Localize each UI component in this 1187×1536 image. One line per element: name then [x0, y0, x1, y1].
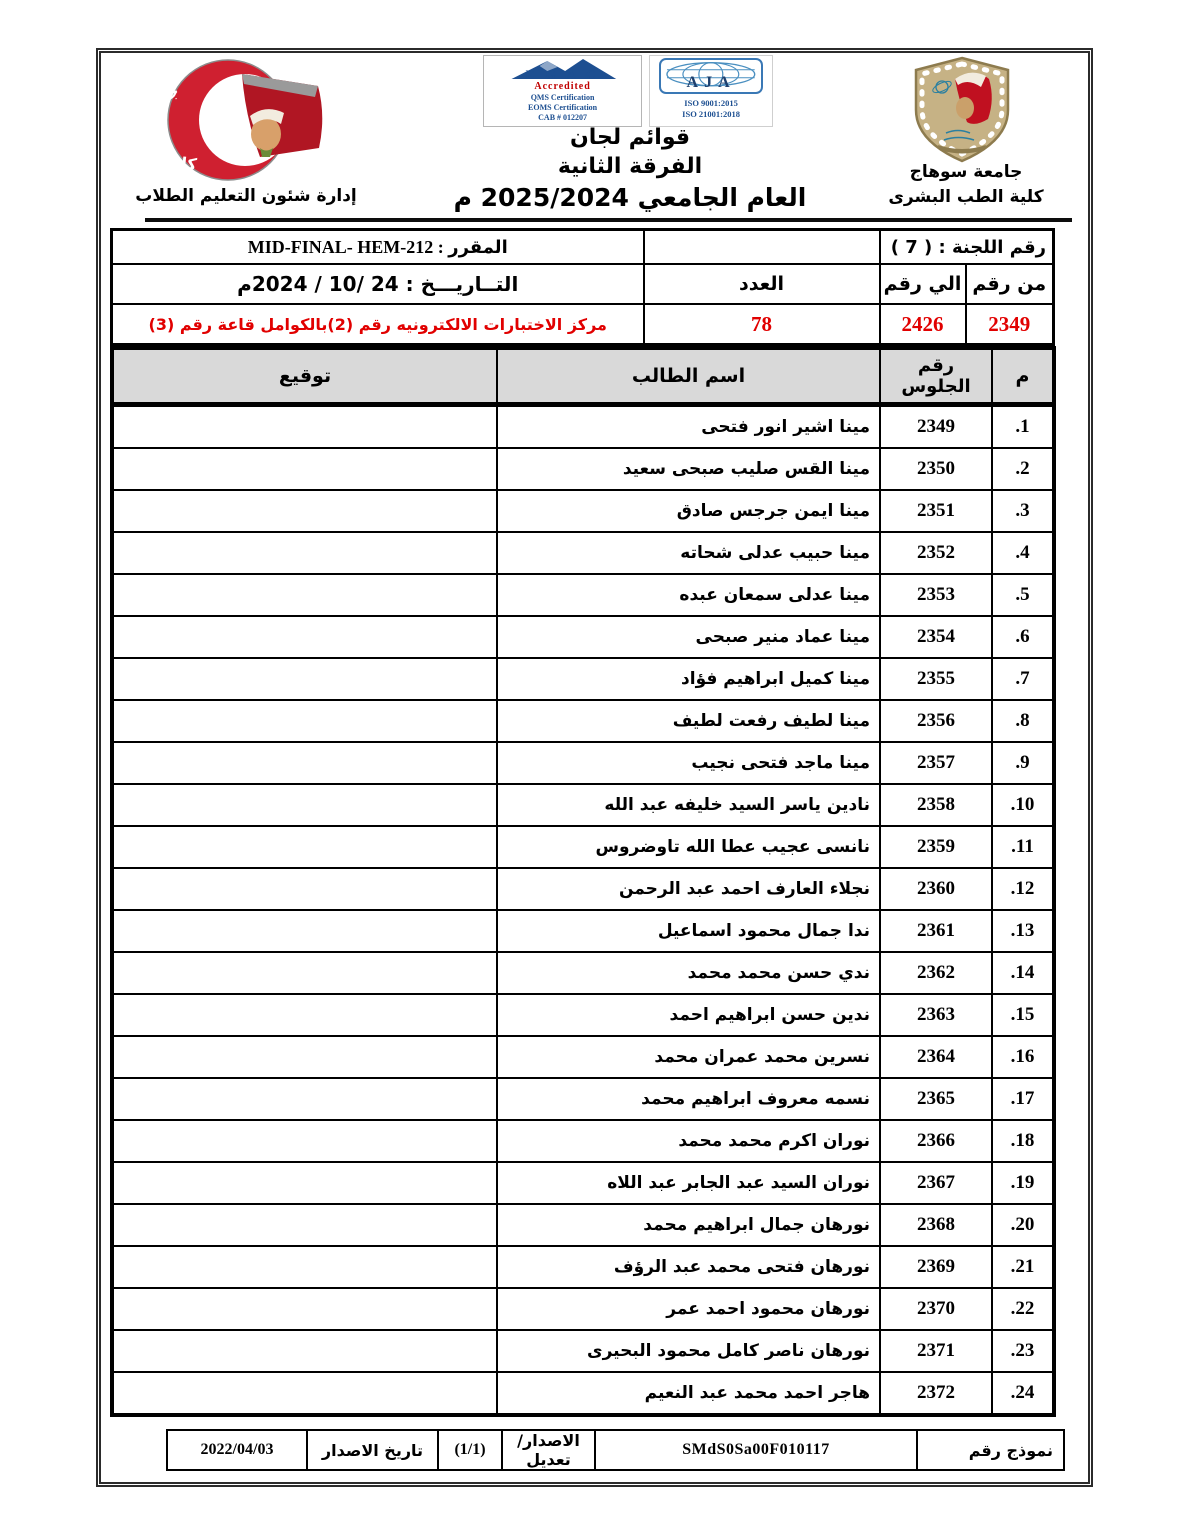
column-header-seat-number: رقم الجلوس: [880, 348, 992, 405]
student-name: نجلاء العارف احمد عبد الرحمن: [497, 868, 880, 910]
table-row: 7. 2355 مينا كميل ابراهيم فؤاد: [112, 658, 1054, 700]
table-row: 21. 2369 نورهان فتحى محمد عبد الرؤف: [112, 1246, 1054, 1288]
student-name: نورهان ناصر كامل محمود البحيرى: [497, 1330, 880, 1372]
student-name: نوران اكرم محمد محمد: [497, 1120, 880, 1162]
exam-location: مركز الاختبارات الالكترونيه رقم (2)بالكو…: [112, 304, 644, 345]
table-row: 23. 2371 نورهان ناصر كامل محمود البحيرى: [112, 1330, 1054, 1372]
university-caption: جامعة سوهاج كلية الطب البشرى: [870, 160, 1062, 210]
revision-value: (1/1): [438, 1430, 502, 1470]
table-row: 13. 2361 ندا جمال محمود اسماعيل: [112, 910, 1054, 952]
table-row: 24. 2372 هاجر احمد محمد عبد النعيم: [112, 1372, 1054, 1415]
student-name: مينا ايمن جرجس صادق: [497, 490, 880, 532]
row-index: 4.: [992, 532, 1054, 574]
column-header-index: م: [992, 348, 1054, 405]
aja-word: AJA: [661, 74, 761, 92]
student-name: نسمه معروف ابراهيم محمد: [497, 1078, 880, 1120]
header-divider: [145, 218, 1072, 222]
signature-cell: [112, 1372, 497, 1415]
seat-number: 2349: [880, 405, 992, 449]
student-name: ندي حسن محمد محمد: [497, 952, 880, 994]
egac-logo: E G A C Accredited QMS Certification EOM…: [483, 55, 642, 127]
student-name: مينا لطيف رفعت لطيف: [497, 700, 880, 742]
count-label: العدد: [644, 264, 880, 304]
sohag-university-shield-logo: [908, 55, 1016, 163]
signature-cell: [112, 448, 497, 490]
egac-line-1: QMS Certification: [528, 93, 597, 103]
row-index: 13.: [992, 910, 1054, 952]
table-row: 20. 2368 نورهان جمال ابراهيم محمد: [112, 1204, 1054, 1246]
table-row: 16. 2364 نسرين محمد عمران محمد: [112, 1036, 1054, 1078]
table-row: 2. 2350 مينا القس صليب صبحى سعيد: [112, 448, 1054, 490]
row-index: 11.: [992, 826, 1054, 868]
from-number-label: من رقم: [966, 264, 1054, 304]
aja-logo: AJA ISO 9001:2015 ISO 21001:2018: [649, 55, 773, 127]
seat-number: 2365: [880, 1078, 992, 1120]
form-number-label: نموذج رقم: [917, 1430, 1064, 1470]
seat-number: 2352: [880, 532, 992, 574]
row-index: 24.: [992, 1372, 1054, 1415]
student-name: نادين ياسر السيد خليفه عبد الله: [497, 784, 880, 826]
row-index: 23.: [992, 1330, 1054, 1372]
table-row: 1. 2349 مينا اشير انور فتحى: [112, 405, 1054, 449]
signature-cell: [112, 700, 497, 742]
count-value: 78: [644, 304, 880, 345]
row-index: 14.: [992, 952, 1054, 994]
university-name: جامعة سوهاج: [870, 160, 1062, 185]
seat-number: 2362: [880, 952, 992, 994]
signature-cell: [112, 405, 497, 449]
seat-number: 2360: [880, 868, 992, 910]
signature-cell: [112, 1036, 497, 1078]
row-index: 1.: [992, 405, 1054, 449]
signature-cell: [112, 1162, 497, 1204]
seat-number: 2359: [880, 826, 992, 868]
signature-cell: [112, 1078, 497, 1120]
table-row: 5. 2353 مينا عدلى سمعان عبده: [112, 574, 1054, 616]
egac-line-2: EOMS Certification: [528, 103, 597, 113]
seat-number: 2364: [880, 1036, 992, 1078]
row-index: 18.: [992, 1120, 1054, 1162]
to-number-value: 2426: [880, 304, 966, 345]
from-number-value: 2349: [966, 304, 1054, 345]
seat-number: 2353: [880, 574, 992, 616]
seat-number: 2361: [880, 910, 992, 952]
student-name: مينا عدلى سمعان عبده: [497, 574, 880, 616]
seat-number: 2358: [880, 784, 992, 826]
signature-cell: [112, 910, 497, 952]
accreditation-logos: E G A C Accredited QMS Certification EOM…: [483, 55, 773, 127]
student-table-body: 1. 2349 مينا اشير انور فتحى 2. 2350 مينا…: [112, 405, 1054, 1416]
student-affairs-caption: إدارة شئون التعليم الطلاب: [110, 186, 382, 206]
faculty-name: كلية الطب البشرى: [870, 185, 1062, 210]
table-row: 14. 2362 ندي حسن محمد محمد: [112, 952, 1054, 994]
table-row: 22. 2370 نورهان محمود احمد عمر: [112, 1288, 1054, 1330]
title-academic-year: العام الجامعي 2025/2024 م: [420, 181, 840, 214]
signature-cell: [112, 1246, 497, 1288]
signature-cell: [112, 868, 497, 910]
column-header-student-name: اسم الطالب: [497, 348, 880, 405]
row-index: 8.: [992, 700, 1054, 742]
issue-date-label: تاريخ الاصدار: [307, 1430, 438, 1470]
seat-number: 2354: [880, 616, 992, 658]
row-index: 5.: [992, 574, 1054, 616]
signature-cell: [112, 658, 497, 700]
seat-number: 2356: [880, 700, 992, 742]
form-number-code: SMdS0Sa00F010117: [595, 1430, 917, 1470]
row-index: 12.: [992, 868, 1054, 910]
seat-number: 2367: [880, 1162, 992, 1204]
student-name: نانسى عجيب عطا الله تاوضروس: [497, 826, 880, 868]
signature-cell: [112, 826, 497, 868]
seat-number: 2372: [880, 1372, 992, 1415]
seat-number: 2366: [880, 1120, 992, 1162]
signature-cell: [112, 490, 497, 532]
row-index: 6.: [992, 616, 1054, 658]
seat-number: 2357: [880, 742, 992, 784]
course-code: المقرر : MID-FINAL- HEM-212: [112, 230, 644, 265]
signature-cell: [112, 616, 497, 658]
row-index: 22.: [992, 1288, 1054, 1330]
signature-cell: [112, 994, 497, 1036]
seat-number: 2351: [880, 490, 992, 532]
table-row: 18. 2366 نوران اكرم محمد محمد: [112, 1120, 1054, 1162]
form-footer-table: نموذج رقم SMdS0Sa00F010117 الاصدار/تعديل…: [166, 1429, 1065, 1471]
table-row: 11. 2359 نانسى عجيب عطا الله تاوضروس: [112, 826, 1054, 868]
row-index: 3.: [992, 490, 1054, 532]
row-index: 16.: [992, 1036, 1054, 1078]
seat-number: 2363: [880, 994, 992, 1036]
student-name: نورهان جمال ابراهيم محمد: [497, 1204, 880, 1246]
signature-cell: [112, 1330, 497, 1372]
row-index: 10.: [992, 784, 1054, 826]
student-name: ندا جمال محمود اسماعيل: [497, 910, 880, 952]
row-index: 19.: [992, 1162, 1054, 1204]
signature-cell: [112, 574, 497, 616]
student-name: نورهان محمود احمد عمر: [497, 1288, 880, 1330]
signature-cell: [112, 952, 497, 994]
student-name: مينا اشير انور فتحى: [497, 405, 880, 449]
table-row: 10. 2358 نادين ياسر السيد خليفه عبد الله: [112, 784, 1054, 826]
committee-info-table: رقم اللجنة : ( 7 ) المقرر : MID-FINAL- H…: [110, 228, 1055, 346]
row-index: 21.: [992, 1246, 1054, 1288]
seat-number: 2371: [880, 1330, 992, 1372]
row-index: 7.: [992, 658, 1054, 700]
student-name: مينا ماجد فتحى نجيب: [497, 742, 880, 784]
aja-line-1: ISO 9001:2015: [682, 98, 740, 109]
row-index: 17.: [992, 1078, 1054, 1120]
document-titles: قوائم لجان الفرقة الثانية العام الجامعي …: [420, 123, 840, 214]
student-name: نوران السيد عبد الجابر عبد اللاه: [497, 1162, 880, 1204]
table-row: 12. 2360 نجلاء العارف احمد عبد الرحمن: [112, 868, 1054, 910]
title-second-year: الفرقة الثانية: [420, 152, 840, 181]
table-row: 3. 2351 مينا ايمن جرجس صادق: [112, 490, 1054, 532]
seat-number: 2368: [880, 1204, 992, 1246]
row-index: 9.: [992, 742, 1054, 784]
table-row: 15. 2363 ندين حسن ابراهيم احمد: [112, 994, 1054, 1036]
egac-word: E G A C: [486, 67, 639, 83]
student-name: نورهان فتحى محمد عبد الرؤف: [497, 1246, 880, 1288]
student-name: مينا القس صليب صبحى سعيد: [497, 448, 880, 490]
student-name: مينا عماد منير صبحى: [497, 616, 880, 658]
signature-cell: [112, 1288, 497, 1330]
table-row: 8. 2356 مينا لطيف رفعت لطيف: [112, 700, 1054, 742]
info-empty-cell: [644, 230, 880, 265]
committee-number: رقم اللجنة : ( 7 ): [880, 230, 1054, 265]
table-row: 9. 2357 مينا ماجد فتحى نجيب: [112, 742, 1054, 784]
signature-cell: [112, 784, 497, 826]
aja-line-2: ISO 21001:2018: [682, 109, 740, 120]
seat-number: 2350: [880, 448, 992, 490]
document-page: جامعة سوهاج كلية الطب إدارة شئون التعليم…: [0, 0, 1187, 1536]
seat-number: 2355: [880, 658, 992, 700]
table-row: 17. 2365 نسمه معروف ابراهيم محمد: [112, 1078, 1054, 1120]
exam-date: التــاريـــخ : 24 /10 / 2024م: [112, 264, 644, 304]
signature-cell: [112, 532, 497, 574]
signature-cell: [112, 742, 497, 784]
signature-cell: [112, 1120, 497, 1162]
table-row: 4. 2352 مينا حبيب عدلى شحاته: [112, 532, 1054, 574]
faculty-medicine-logo: جامعة سوهاج كلية الطب: [146, 54, 344, 188]
student-name: نسرين محمد عمران محمد: [497, 1036, 880, 1078]
row-index: 20.: [992, 1204, 1054, 1246]
egac-line-3: CAB # 012207: [528, 113, 597, 123]
student-name: هاجر احمد محمد عبد النعيم: [497, 1372, 880, 1415]
student-table: م رقم الجلوس اسم الطالب توقيع 1. 2349 مي…: [110, 346, 1056, 1417]
table-row: 6. 2354 مينا عماد منير صبحى: [112, 616, 1054, 658]
table-row: 19. 2367 نوران السيد عبد الجابر عبد اللا…: [112, 1162, 1054, 1204]
issue-date-value: 2022/04/03: [167, 1430, 307, 1470]
student-name: ندين حسن ابراهيم احمد: [497, 994, 880, 1036]
signature-cell: [112, 1204, 497, 1246]
row-index: 2.: [992, 448, 1054, 490]
column-header-signature: توقيع: [112, 348, 497, 405]
revision-label: الاصدار/تعديل: [502, 1430, 595, 1470]
seat-number: 2370: [880, 1288, 992, 1330]
to-number-label: الي رقم: [880, 264, 966, 304]
title-committee-lists: قوائم لجان: [420, 123, 840, 152]
student-name: مينا كميل ابراهيم فؤاد: [497, 658, 880, 700]
row-index: 15.: [992, 994, 1054, 1036]
student-name: مينا حبيب عدلى شحاته: [497, 532, 880, 574]
seat-number: 2369: [880, 1246, 992, 1288]
student-table-header-row: م رقم الجلوس اسم الطالب توقيع: [112, 348, 1054, 405]
